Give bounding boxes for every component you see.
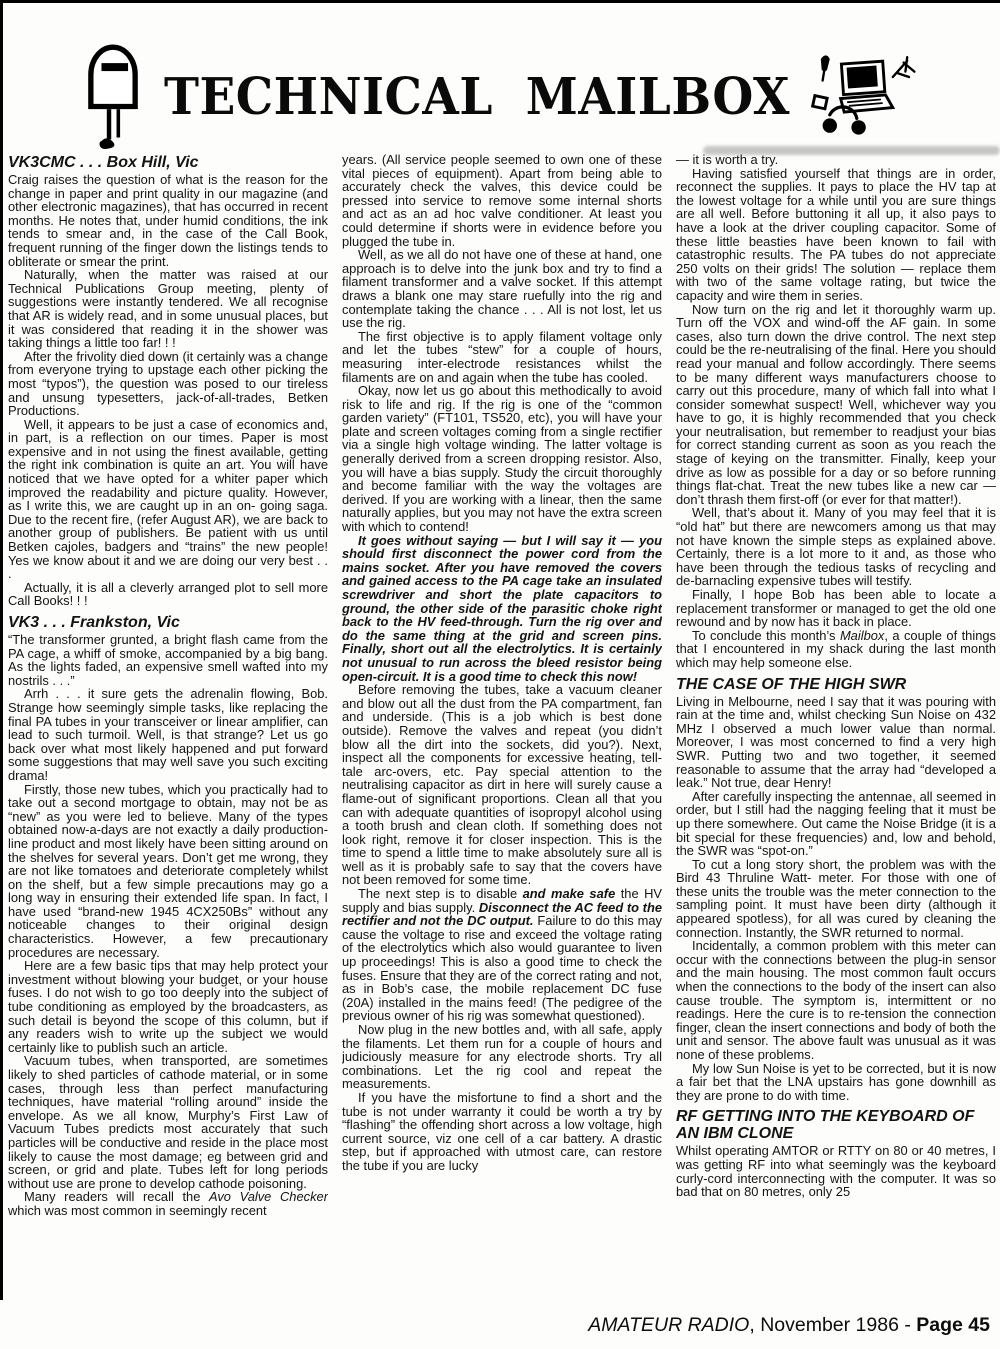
text-run: which was most common in seemingly recen… — [8, 1203, 267, 1218]
paragraph: Before removing the tubes, take a vacuum… — [342, 683, 662, 887]
paragraph: Vacuum tubes, when transported, are some… — [8, 1054, 328, 1190]
paragraph: The first objective is to apply filament… — [342, 330, 662, 384]
paragraph: After the frivolity died down (it certai… — [8, 350, 328, 418]
paragraph: Finally, I hope Bob has been able to loc… — [676, 588, 996, 629]
masthead: TECHNICAL MAILBOX — [0, 38, 1000, 156]
paragraph: Well, as we all do not have one of these… — [342, 248, 662, 330]
footer-date: , November 1986 - — [749, 1314, 916, 1336]
paragraph: Actually, it is all a cleverly arranged … — [8, 581, 328, 608]
paragraph: “The transformer grunted, a bright flash… — [8, 633, 328, 687]
paragraph: — it is worth a try. — [676, 153, 996, 167]
text-run: Failure to do this may cause the voltage… — [342, 913, 662, 1023]
paragraph: Having satisfied yourself that things ar… — [676, 167, 996, 303]
magazine-page: TECHNICAL MAILBOX VK3CMC . . . Box Hill,… — [0, 0, 1000, 1349]
section-heading: THE CASE OF THE HIGH SWR — [676, 676, 996, 693]
paragraph: Now turn on the rig and let it thoroughl… — [676, 303, 996, 507]
paragraph: Craig raises the question of what is the… — [8, 173, 328, 268]
paragraph: The next step is to disable and make saf… — [342, 887, 662, 1023]
column-2: years. (All service people seemed to own… — [342, 153, 662, 1328]
page-footer: AMATEUR RADIO, November 1986 - Page 45 — [588, 1314, 990, 1337]
column-3: — it is worth a try.Having satisfied you… — [676, 153, 996, 1328]
mailbox-icon — [82, 39, 144, 156]
paragraph: To conclude this month’s Mailbox, a coup… — [676, 629, 996, 670]
scan-border-left — [0, 0, 3, 1300]
paragraph: To cut a long story short, the problem w… — [676, 858, 996, 940]
page-title: TECHNICAL MAILBOX — [164, 67, 790, 126]
paragraph: It goes without saying — but I will say … — [342, 534, 662, 684]
section-heading: VK3CMC . . . Box Hill, Vic — [8, 154, 328, 171]
paragraph: Arrh . . . it sure gets the adrenalin fl… — [8, 687, 328, 782]
paragraph: Firstly, those new tubes, which you prac… — [8, 783, 328, 960]
scan-border-top — [0, 0, 1000, 3]
paragraph: Living in Melbourne, need I say that it … — [676, 695, 996, 790]
paragraph: Incidentally, a common problem with this… — [676, 939, 996, 1061]
article-columns: VK3CMC . . . Box Hill, VicCraig raises t… — [8, 153, 996, 1328]
paragraph: Well, that’s about it. Many of you may f… — [676, 506, 996, 588]
paragraph: Whilst operating AMTOR or RTTY on 80 or … — [676, 1144, 996, 1198]
paragraph: Many readers will recall the Avo Valve C… — [8, 1190, 328, 1217]
paragraph: Naturally, when the matter was raised at… — [8, 268, 328, 350]
magazine-name: AMATEUR RADIO — [588, 1314, 749, 1336]
computer-radio-doodle-icon — [810, 49, 918, 146]
section-heading: RF GETTING INTO THE KEYBOARD OF AN IBM C… — [676, 1108, 996, 1142]
paragraph: My low Sun Noise is yet to be corrected,… — [676, 1062, 996, 1103]
paragraph: After carefully inspecting the antennae,… — [676, 790, 996, 858]
paragraph: Well, it appears to be just a case of ec… — [8, 418, 328, 581]
paragraph: years. (All service people seemed to own… — [342, 153, 662, 248]
section-heading: VK3 . . . Frankston, Vic — [8, 614, 328, 631]
paragraph: Here are a few basic tips that may help … — [8, 959, 328, 1054]
column-1: VK3CMC . . . Box Hill, VicCraig raises t… — [8, 153, 328, 1328]
page-number: Page 45 — [916, 1314, 990, 1336]
paragraph: If you have the misfortune to find a sho… — [342, 1091, 662, 1173]
paragraph: Now plug in the new bottles and, with al… — [342, 1023, 662, 1091]
paragraph: Okay, now let us go about this methodica… — [342, 384, 662, 534]
